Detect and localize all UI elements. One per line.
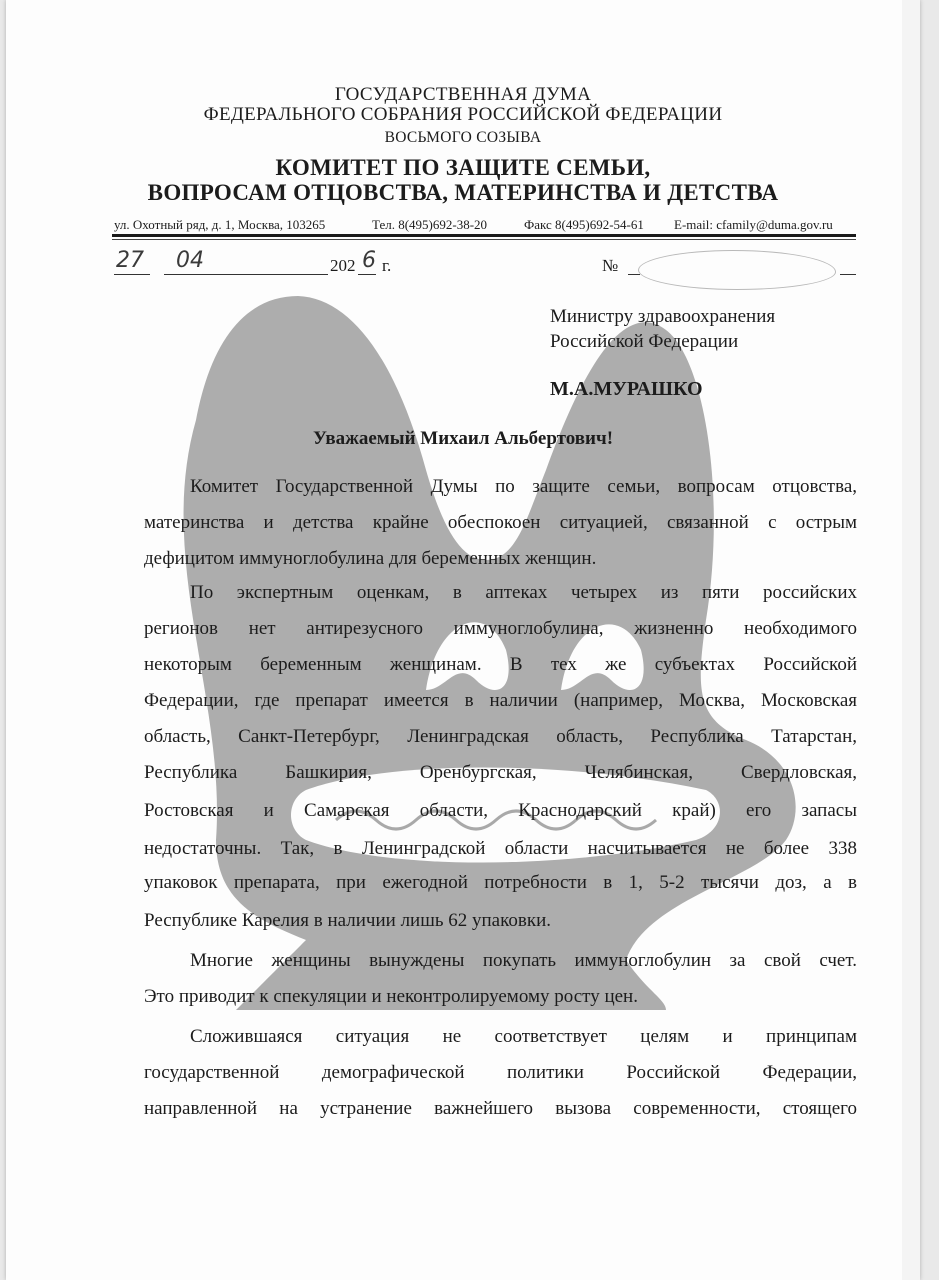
date-year-suffix: г. xyxy=(382,256,391,276)
body-text-line: Многие женщины вынуждены покупать иммуно… xyxy=(144,950,857,972)
address: ул. Охотный ряд, д. 1, Москва, 103265 xyxy=(114,217,325,233)
fax: Факс 8(495)692-54-61 xyxy=(524,217,644,233)
addressee-country: Российской Федерации xyxy=(550,331,738,353)
underline xyxy=(628,274,640,275)
body-text-line: дефицитом иммуноглобулина для беременных… xyxy=(144,548,857,570)
body-text-line: Комитет Государственной Думы по защите с… xyxy=(144,476,857,498)
phone: Тел. 8(495)692-38-20 xyxy=(372,217,487,233)
body-text-line: направленной на устранение важнейшего вы… xyxy=(144,1098,857,1120)
addressee-name: М.А.МУРАШКО xyxy=(550,378,703,401)
addressee-title: Министру здравоохранения xyxy=(550,306,775,328)
document-page: ГОСУДАРСТВЕННАЯ ДУМА ФЕДЕРАЛЬНОГО СОБРАН… xyxy=(6,0,920,1280)
underline xyxy=(358,274,376,275)
body-text-line: Федерации, где препарат имеется в наличи… xyxy=(144,690,857,712)
header-rule-thick xyxy=(112,234,856,237)
body-text-line: регионов нет антирезусного иммуноглобули… xyxy=(144,618,857,640)
body-text-line: Сложившаяся ситуация не соответствует це… xyxy=(144,1026,857,1048)
underline xyxy=(164,274,328,275)
body-text-line: По экспертным оценкам, в аптеках четырех… xyxy=(144,582,857,604)
body-text-line: область, Санкт-Петербург, Ленинградская … xyxy=(144,726,857,748)
body-text-line: недостаточны. Так, в Ленинградской облас… xyxy=(144,838,857,860)
date-year-prefix: 202 xyxy=(330,256,356,276)
date-year-digit: 6 xyxy=(362,248,376,273)
body-text-line: материнства и детства крайне обеспокоен … xyxy=(144,512,857,534)
date-day: 27 xyxy=(116,248,144,273)
body-text-line: государственной демографической политики… xyxy=(144,1062,857,1084)
body-text-line: некоторым беременным женщинам. В тех же … xyxy=(144,654,857,676)
greeting: Уважаемый Михаил Альбертович! xyxy=(6,428,920,450)
body-text-line: Это приводит к спекуляции и неконтролиру… xyxy=(144,986,857,1008)
letterhead-duma: ГОСУДАРСТВЕННАЯ ДУМА xyxy=(6,84,920,106)
number-label: № xyxy=(602,256,618,276)
date-month: 04 xyxy=(176,248,204,273)
committee-title-line2: ВОПРОСАМ ОТЦОВСТВА, МАТЕРИНСТВА И ДЕТСТВ… xyxy=(6,180,920,206)
redacted-number xyxy=(638,250,836,290)
body-text-line: Ростовская и Самарская области, Краснода… xyxy=(144,800,857,822)
letterhead-convocation: ВОСЬМОГО СОЗЫВА xyxy=(6,129,920,147)
email-link[interactable]: E-mail: cfamily@duma.gov.ru xyxy=(674,217,833,233)
committee-title-line1: КОМИТЕТ ПО ЗАЩИТЕ СЕМЬИ, xyxy=(6,155,920,181)
body-text-line: Республика Башкирия, Оренбургская, Челяб… xyxy=(144,762,857,784)
body-text-line: Республике Карелия в наличии лишь 62 упа… xyxy=(144,910,857,932)
body-text-line: упаковок препарата, при ежегодной потреб… xyxy=(144,872,857,894)
letterhead-federal-assembly: ФЕДЕРАЛЬНОГО СОБРАНИЯ РОССИЙСКОЙ ФЕДЕРАЦ… xyxy=(6,104,920,126)
underline xyxy=(114,274,150,275)
underline xyxy=(840,274,856,275)
header-rule-thin xyxy=(112,239,856,240)
